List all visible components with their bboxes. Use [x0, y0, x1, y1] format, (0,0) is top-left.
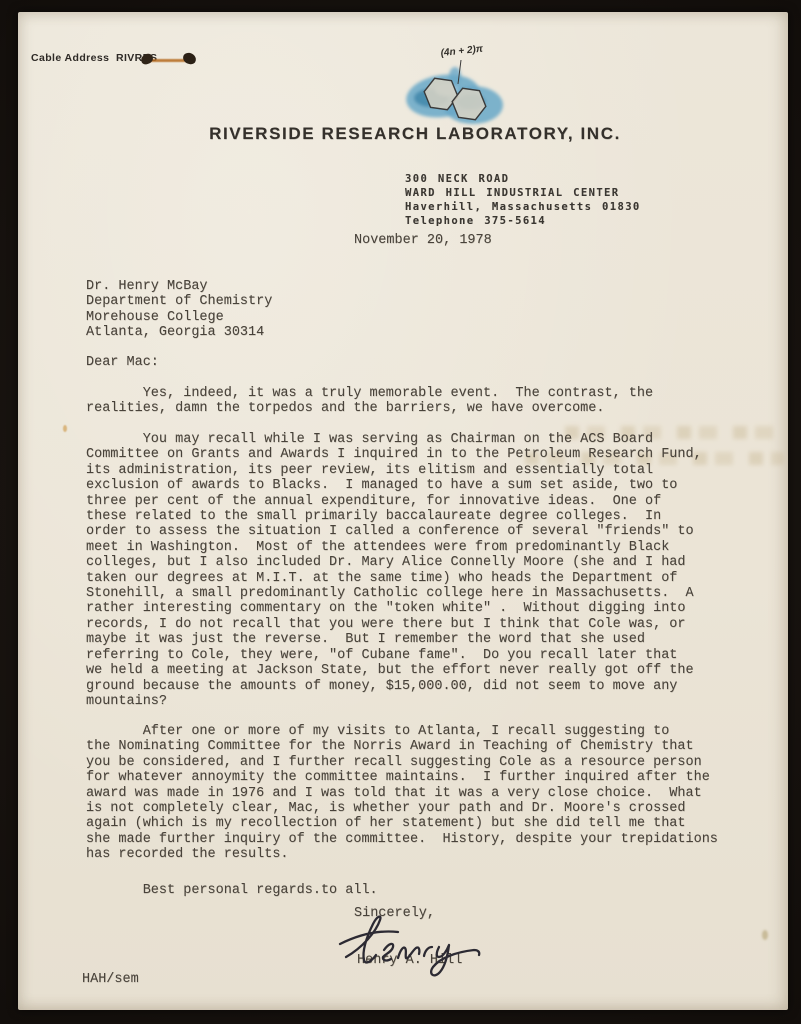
- reference-initials: HAH/sem: [82, 972, 139, 987]
- cable-address: Cable Address RIVRES: [31, 52, 157, 64]
- paragraph-3: After one or more of my visits to Atlant…: [86, 724, 718, 863]
- letter-page: Cable Address RIVRES: [18, 12, 788, 1010]
- paper-stain-dot: [762, 930, 768, 940]
- paragraph-2: You may recall while I was serving as Ch…: [86, 432, 702, 709]
- staple-rust-stain: [141, 48, 201, 74]
- paragraph-1: Yes, indeed, it was a truly memorable ev…: [86, 386, 653, 417]
- paper-stain-dot: [63, 425, 67, 432]
- stain-blob-right: [182, 52, 197, 65]
- typed-signature-name: Henry A. Hill: [357, 953, 462, 968]
- company-address: 300 NECK ROAD WARD HILL INDUSTRIAL CENTE…: [405, 172, 641, 228]
- stain-blob-left: [140, 53, 154, 66]
- closing-line: Best personal regards.to all.: [86, 883, 378, 898]
- salutation: Dear Mac:: [86, 355, 159, 370]
- scanned-letter-photo: Cable Address RIVRES: [0, 0, 801, 1024]
- valediction: Sincerely,: [354, 906, 435, 921]
- company-name: RIVERSIDE RESEARCH LABORATORY, INC.: [30, 124, 800, 144]
- huckel-formula-label: (4n + 2)π: [440, 44, 484, 59]
- letter-date: November 20, 1978: [354, 233, 492, 248]
- recipient-address: Dr. Henry McBay Department of Chemistry …: [86, 279, 272, 341]
